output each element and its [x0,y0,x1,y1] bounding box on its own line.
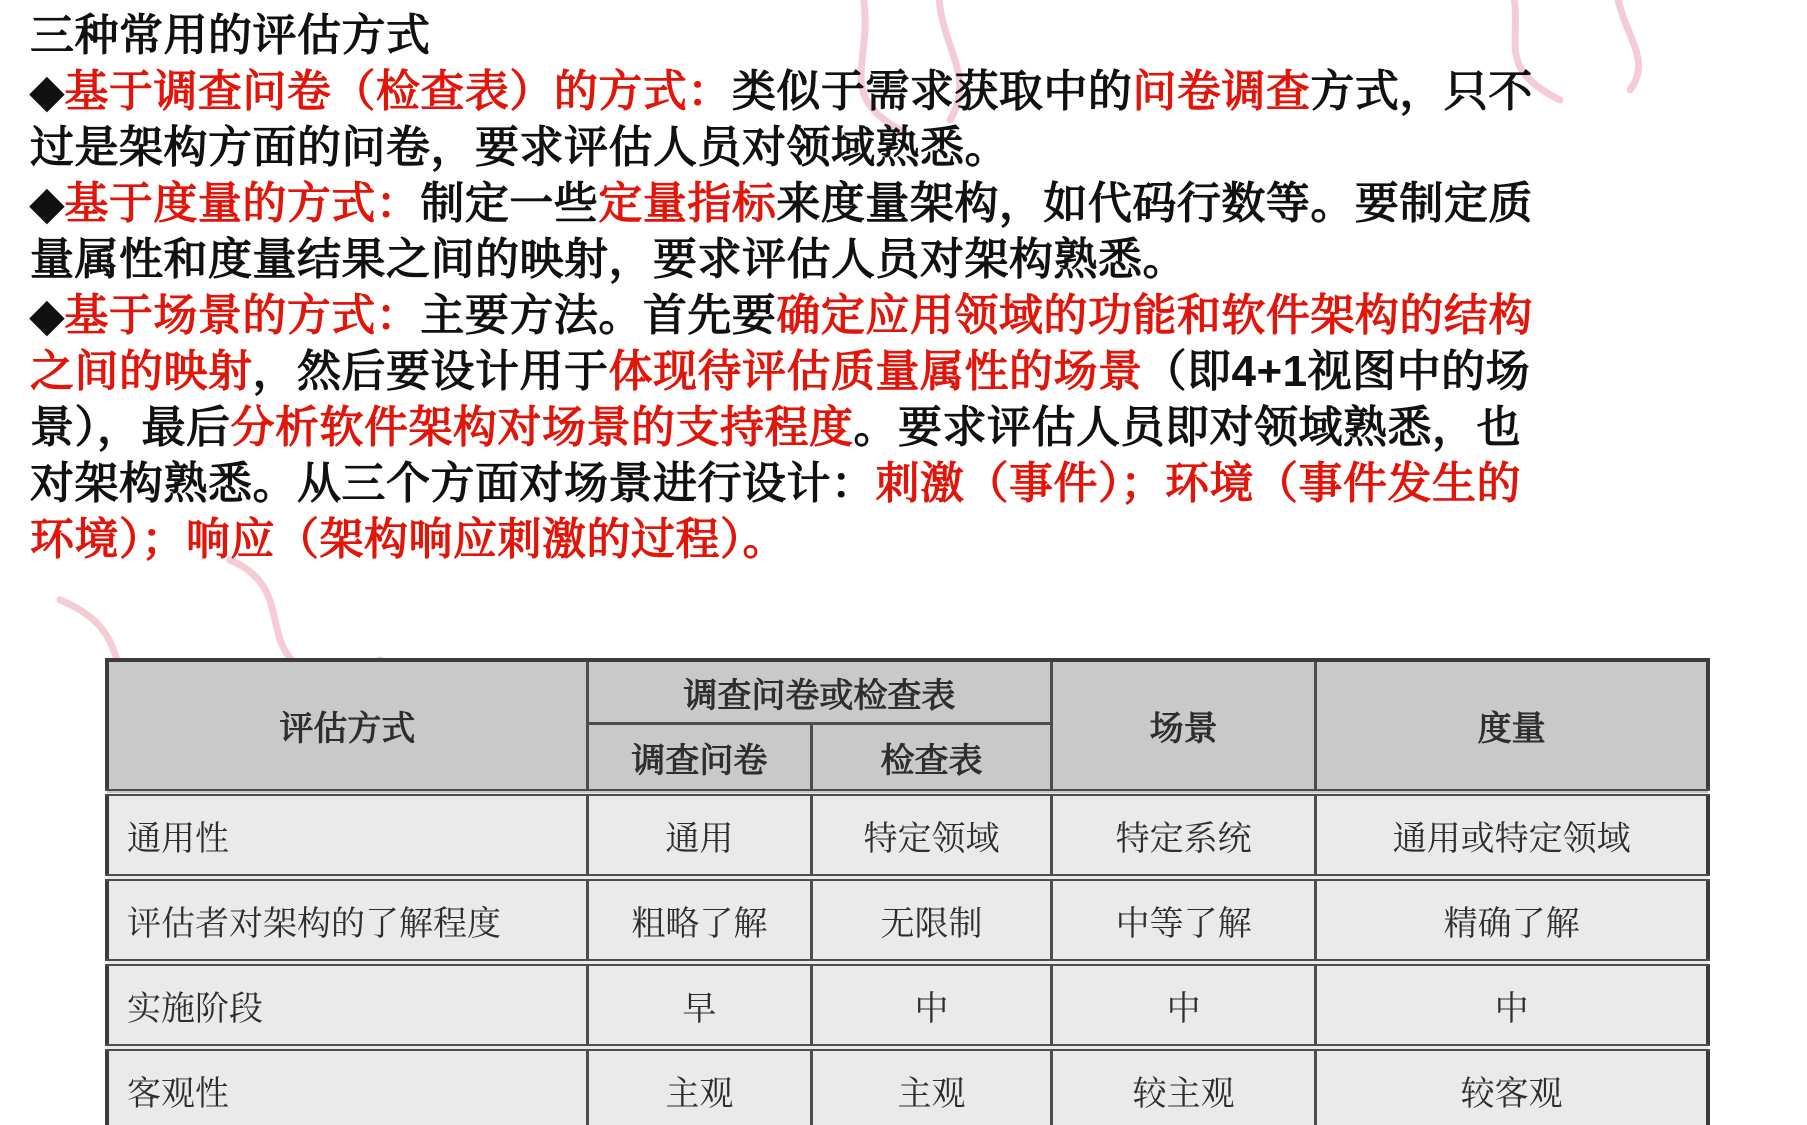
table-row: 客观性主观主观较主观较客观 [107,1048,1708,1125]
table-cell: 主观 [587,1048,811,1125]
text-segment: 景），最后 [30,403,231,452]
header-questionnaire-or-checklist: 调查问卷或检查表 [587,660,1051,724]
text-segment: ◆ [30,67,64,116]
text-line: 量属性和度量结果之间的映射，要求评估人员对架构熟悉。 [30,232,1789,288]
text-segment: ◆ [30,179,64,228]
table-cell: 粗略了解 [587,878,811,963]
text-segment: 问卷调查 [1132,67,1310,116]
table-cell: 主观 [811,1048,1051,1125]
header-method: 评估方式 [107,660,587,793]
table-cell: 中 [811,963,1051,1048]
text-segment: 定量指标 [598,179,776,228]
text-segment: 主要方法。首先要 [420,291,776,340]
text-segment: 之间的映射 [30,347,253,396]
table-cell: 早 [587,963,811,1048]
text-segment: 过是架构方面的问卷，要求评估人员对领域熟悉。 [30,123,1009,172]
header-scenario: 场景 [1052,660,1316,793]
text-line: 对架构熟悉。从三个方面对场景进行设计：刺激（事件）；环境（事件发生的 [30,456,1789,512]
text-segment: 制定一些 [420,179,598,228]
text-segment: ，然后要设计用于 [253,347,609,396]
page-title: 三种常用的评估方式 [30,8,1789,64]
text-line: 过是架构方面的问卷，要求评估人员对领域熟悉。 [30,120,1789,176]
text-line: ◆基于场景的方式：主要方法。首先要确定应用领域的功能和软件架构的结构 [30,288,1789,344]
header-measure: 度量 [1316,660,1708,793]
table-row: 实施阶段早中中中 [107,963,1708,1048]
table-row: 通用性通用特定领域特定系统通用或特定领域 [107,793,1708,878]
text-segment: 刺激（事件）；环境（事件发生的 [876,459,1522,508]
eval-table-body: 通用性通用特定领域特定系统通用或特定领域评估者对架构的了解程度粗略了解无限制中等… [107,793,1708,1125]
text-segment: 基于度量的方式： [64,179,420,228]
text-segment: （即4+1视图中的场 [1143,347,1531,396]
text-segment: 类似于需求获取中的 [732,67,1133,116]
row-label: 通用性 [107,793,587,878]
eval-table-header: 评估方式 调查问卷或检查表 场景 度量 调查问卷 检查表 [107,660,1708,793]
header-sub-checklist: 检查表 [811,724,1051,793]
text-segment: 分析软件架构对场景的支持程度 [231,403,854,452]
table-cell: 特定系统 [1052,793,1316,878]
text-segment: ◆ [30,291,64,340]
table-cell: 中 [1316,963,1708,1048]
text-segment: 基于调查问卷（检查表）的方式： [64,67,732,116]
table-cell: 通用或特定领域 [1316,793,1708,878]
row-label: 实施阶段 [107,963,587,1048]
slide-page: { "colors": { "accent_red": "#e2150a", "… [0,0,1807,1125]
table-cell: 无限制 [811,878,1051,963]
evaluation-comparison-table: 评估方式 调查问卷或检查表 场景 度量 调查问卷 检查表 通用性通用特定领域特定… [105,658,1710,1125]
row-label: 评估者对架构的了解程度 [107,878,587,963]
header-group-row: 评估方式 调查问卷或检查表 场景 度量 [107,660,1708,724]
table-row: 评估者对架构的了解程度粗略了解无限制中等了解精确了解 [107,878,1708,963]
text-line: 环境）；响应（架构响应刺激的过程）。 [30,512,1789,568]
text-segment: 对架构熟悉。从三个方面对场景进行设计： [30,459,876,508]
table-cell: 较主观 [1052,1048,1316,1125]
table-cell: 精确了解 [1316,878,1708,963]
paragraph-lines: ◆基于调查问卷（检查表）的方式：类似于需求获取中的问卷调查方式，只不过是架构方面… [30,64,1789,568]
text-segment: 方式，只不 [1310,67,1533,116]
text-segment: 环境）；响应（架构响应刺激的过程）。 [30,515,787,564]
text-line: 之间的映射，然后要设计用于体现待评估质量属性的场景（即4+1视图中的场 [30,344,1789,400]
text-segment: 。要求评估人员即对领域熟悉，也 [854,403,1522,452]
table-cell: 通用 [587,793,811,878]
header-sub-questionnaire: 调查问卷 [587,724,811,793]
text-segment: 来度量架构，如代码行数等。要制定质 [776,179,1533,228]
table-cell: 较客观 [1316,1048,1708,1125]
text-line: 景），最后分析软件架构对场景的支持程度。要求评估人员即对领域熟悉，也 [30,400,1789,456]
row-label: 客观性 [107,1048,587,1125]
table-cell: 中等了解 [1052,878,1316,963]
table-cell: 特定领域 [811,793,1051,878]
text-block: 三种常用的评估方式 ◆基于调查问卷（检查表）的方式：类似于需求获取中的问卷调查方… [30,8,1789,568]
table-cell: 中 [1052,963,1316,1048]
text-segment: 基于场景的方式： [64,291,420,340]
text-segment: 确定应用领域的功能和软件架构的结构 [776,291,1533,340]
text-segment: 量属性和度量结果之间的映射，要求评估人员对架构熟悉。 [30,235,1187,284]
text-line: ◆基于调查问卷（检查表）的方式：类似于需求获取中的问卷调查方式，只不 [30,64,1789,120]
text-segment: 体现待评估质量属性的场景 [609,347,1143,396]
text-line: ◆基于度量的方式：制定一些定量指标来度量架构，如代码行数等。要制定质 [30,176,1789,232]
